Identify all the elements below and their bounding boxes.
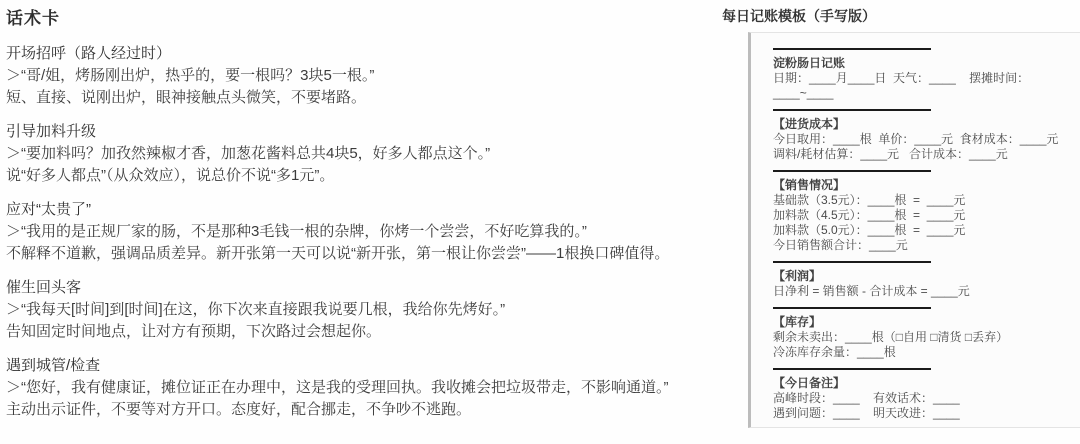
section-heading: 催生回头客 <box>6 277 710 299</box>
notes-row: 遇到问题：____ 明天改进：____ <box>773 406 1076 421</box>
section-heading: 遇到城管/检查 <box>6 355 710 377</box>
tip-line: 短、直接、说刚出炉，眼神接触点头微笑，不要堵路。 <box>6 87 710 109</box>
quote-line: ＞“您好，我有健康证，摊位证正在办理中，这是我的受理回执。我收摊会把垃圾带走，不… <box>6 377 710 399</box>
section-heading: 开场招呼（路人经过时） <box>6 43 710 65</box>
separator-line <box>773 48 931 50</box>
template-title: 每日记账模板（手写版） <box>722 7 1080 25</box>
quote-line: ＞“哥/姐，烤肠刚出炉，热乎的，要一根吗？3块5一根。” <box>6 65 710 87</box>
separator-line <box>773 307 931 309</box>
document-page: 话术卡 开场招呼（路人经过时） ＞“哥/姐，烤肠刚出炉，热乎的，要一根吗？3块5… <box>0 0 1080 444</box>
sales-row: 加料款（4.5元）：____根 = ____元 <box>773 208 1076 223</box>
section-upsell: 引导加料升级 ＞“要加料吗？加孜然辣椒才香，加葱花酱料总共4块5，好多人都点这个… <box>6 121 710 187</box>
sales-row: 基础款（3.5元）：____根 = ____元 <box>773 193 1076 208</box>
sales-section-heading: 【销售情况】 <box>773 178 1076 193</box>
section-price-objection: 应对“太贵了” ＞“我用的是正规厂家的肠，不是那种3毛钱一根的杂牌，你烤一个尝尝… <box>6 199 710 265</box>
stock-section-heading: 【库存】 <box>773 315 1076 330</box>
cost-section-heading: 【进货成本】 <box>773 117 1076 132</box>
tip-line: 主动出示证件，不要等对方开口。态度好，配合挪走，不争吵不逃跑。 <box>6 399 710 421</box>
profit-section-heading: 【利润】 <box>773 269 1076 284</box>
separator-line <box>773 109 931 111</box>
separator-line <box>773 261 931 263</box>
cost-row: 今日取用：____根 单价：____元 食材成本：____元 <box>773 132 1076 147</box>
section-heading: 应对“太贵了” <box>6 199 710 221</box>
date-row: 日期：____月____日 天气：____ 摆摊时间：____~____ <box>773 71 1076 101</box>
separator-line <box>773 368 931 370</box>
notes-row: 高峰时段：____ 有效话术：____ <box>773 391 1076 406</box>
cost-row: 调料/耗材估算：____元 合计成本：____元 <box>773 147 1076 162</box>
section-heading: 引导加料升级 <box>6 121 710 143</box>
stock-row: 剩余未卖出：____根（□自用 □清货 □丢弃） <box>773 330 1076 345</box>
sales-total-row: 今日销售额合计：____元 <box>773 238 1076 253</box>
section-inspection: 遇到城管/检查 ＞“您好，我有健康证，摊位证正在办理中，这是我的受理回执。我收摊… <box>6 355 710 421</box>
profit-row: 日净利 = 销售额 - 合计成本 = ____元 <box>773 284 1076 299</box>
sales-row: 加料款（5.0元）：____根 = ____元 <box>773 223 1076 238</box>
tip-line: 不解释不道歉，强调品质差异。新开张第一天可以说“新开张，第一根让你尝尝”——1根… <box>6 243 710 265</box>
quote-line: ＞“我每天[时间]到[时间]在这，你下次来直接跟我说要几根，我给你先烤好。” <box>6 299 710 321</box>
stock-row: 冷冻库存余量：____根 <box>773 345 1076 360</box>
quote-line: ＞“我用的是正规厂家的肠，不是那种3毛钱一根的杂牌，你烤一个尝尝，不好吃算我的。… <box>6 221 710 243</box>
page-title: 话术卡 <box>6 7 710 31</box>
quote-line: ＞“要加料吗？加孜然辣椒才香，加葱花酱料总共4块5，好多人都点这个。” <box>6 143 710 165</box>
ledger-template-column: 每日记账模板（手写版） 淀粉肠日记账 日期：____月____日 天气：____… <box>710 0 1080 444</box>
notes-section-heading: 【今日备注】 <box>773 376 1076 391</box>
tip-line: 告知固定时间地点，让对方有预期，下次路过会想起你。 <box>6 321 710 343</box>
tip-line: 说“好多人都点”（从众效应），说总价不说“多1元”。 <box>6 165 710 187</box>
separator-line <box>773 170 931 172</box>
section-opening-greeting: 开场招呼（路人经过时） ＞“哥/姐，烤肠刚出炉，热乎的，要一根吗？3块5一根。”… <box>6 43 710 109</box>
section-repeat-customers: 催生回头客 ＞“我每天[时间]到[时间]在这，你下次来直接跟我说要几根，我给你先… <box>6 277 710 343</box>
script-card-column: 话术卡 开场招呼（路人经过时） ＞“哥/姐，烤肠刚出炉，热乎的，要一根吗？3块5… <box>0 0 710 444</box>
ledger-header: 淀粉肠日记账 <box>773 56 1076 71</box>
ledger-template-box: 淀粉肠日记账 日期：____月____日 天气：____ 摆摊时间：____~_… <box>748 32 1080 428</box>
